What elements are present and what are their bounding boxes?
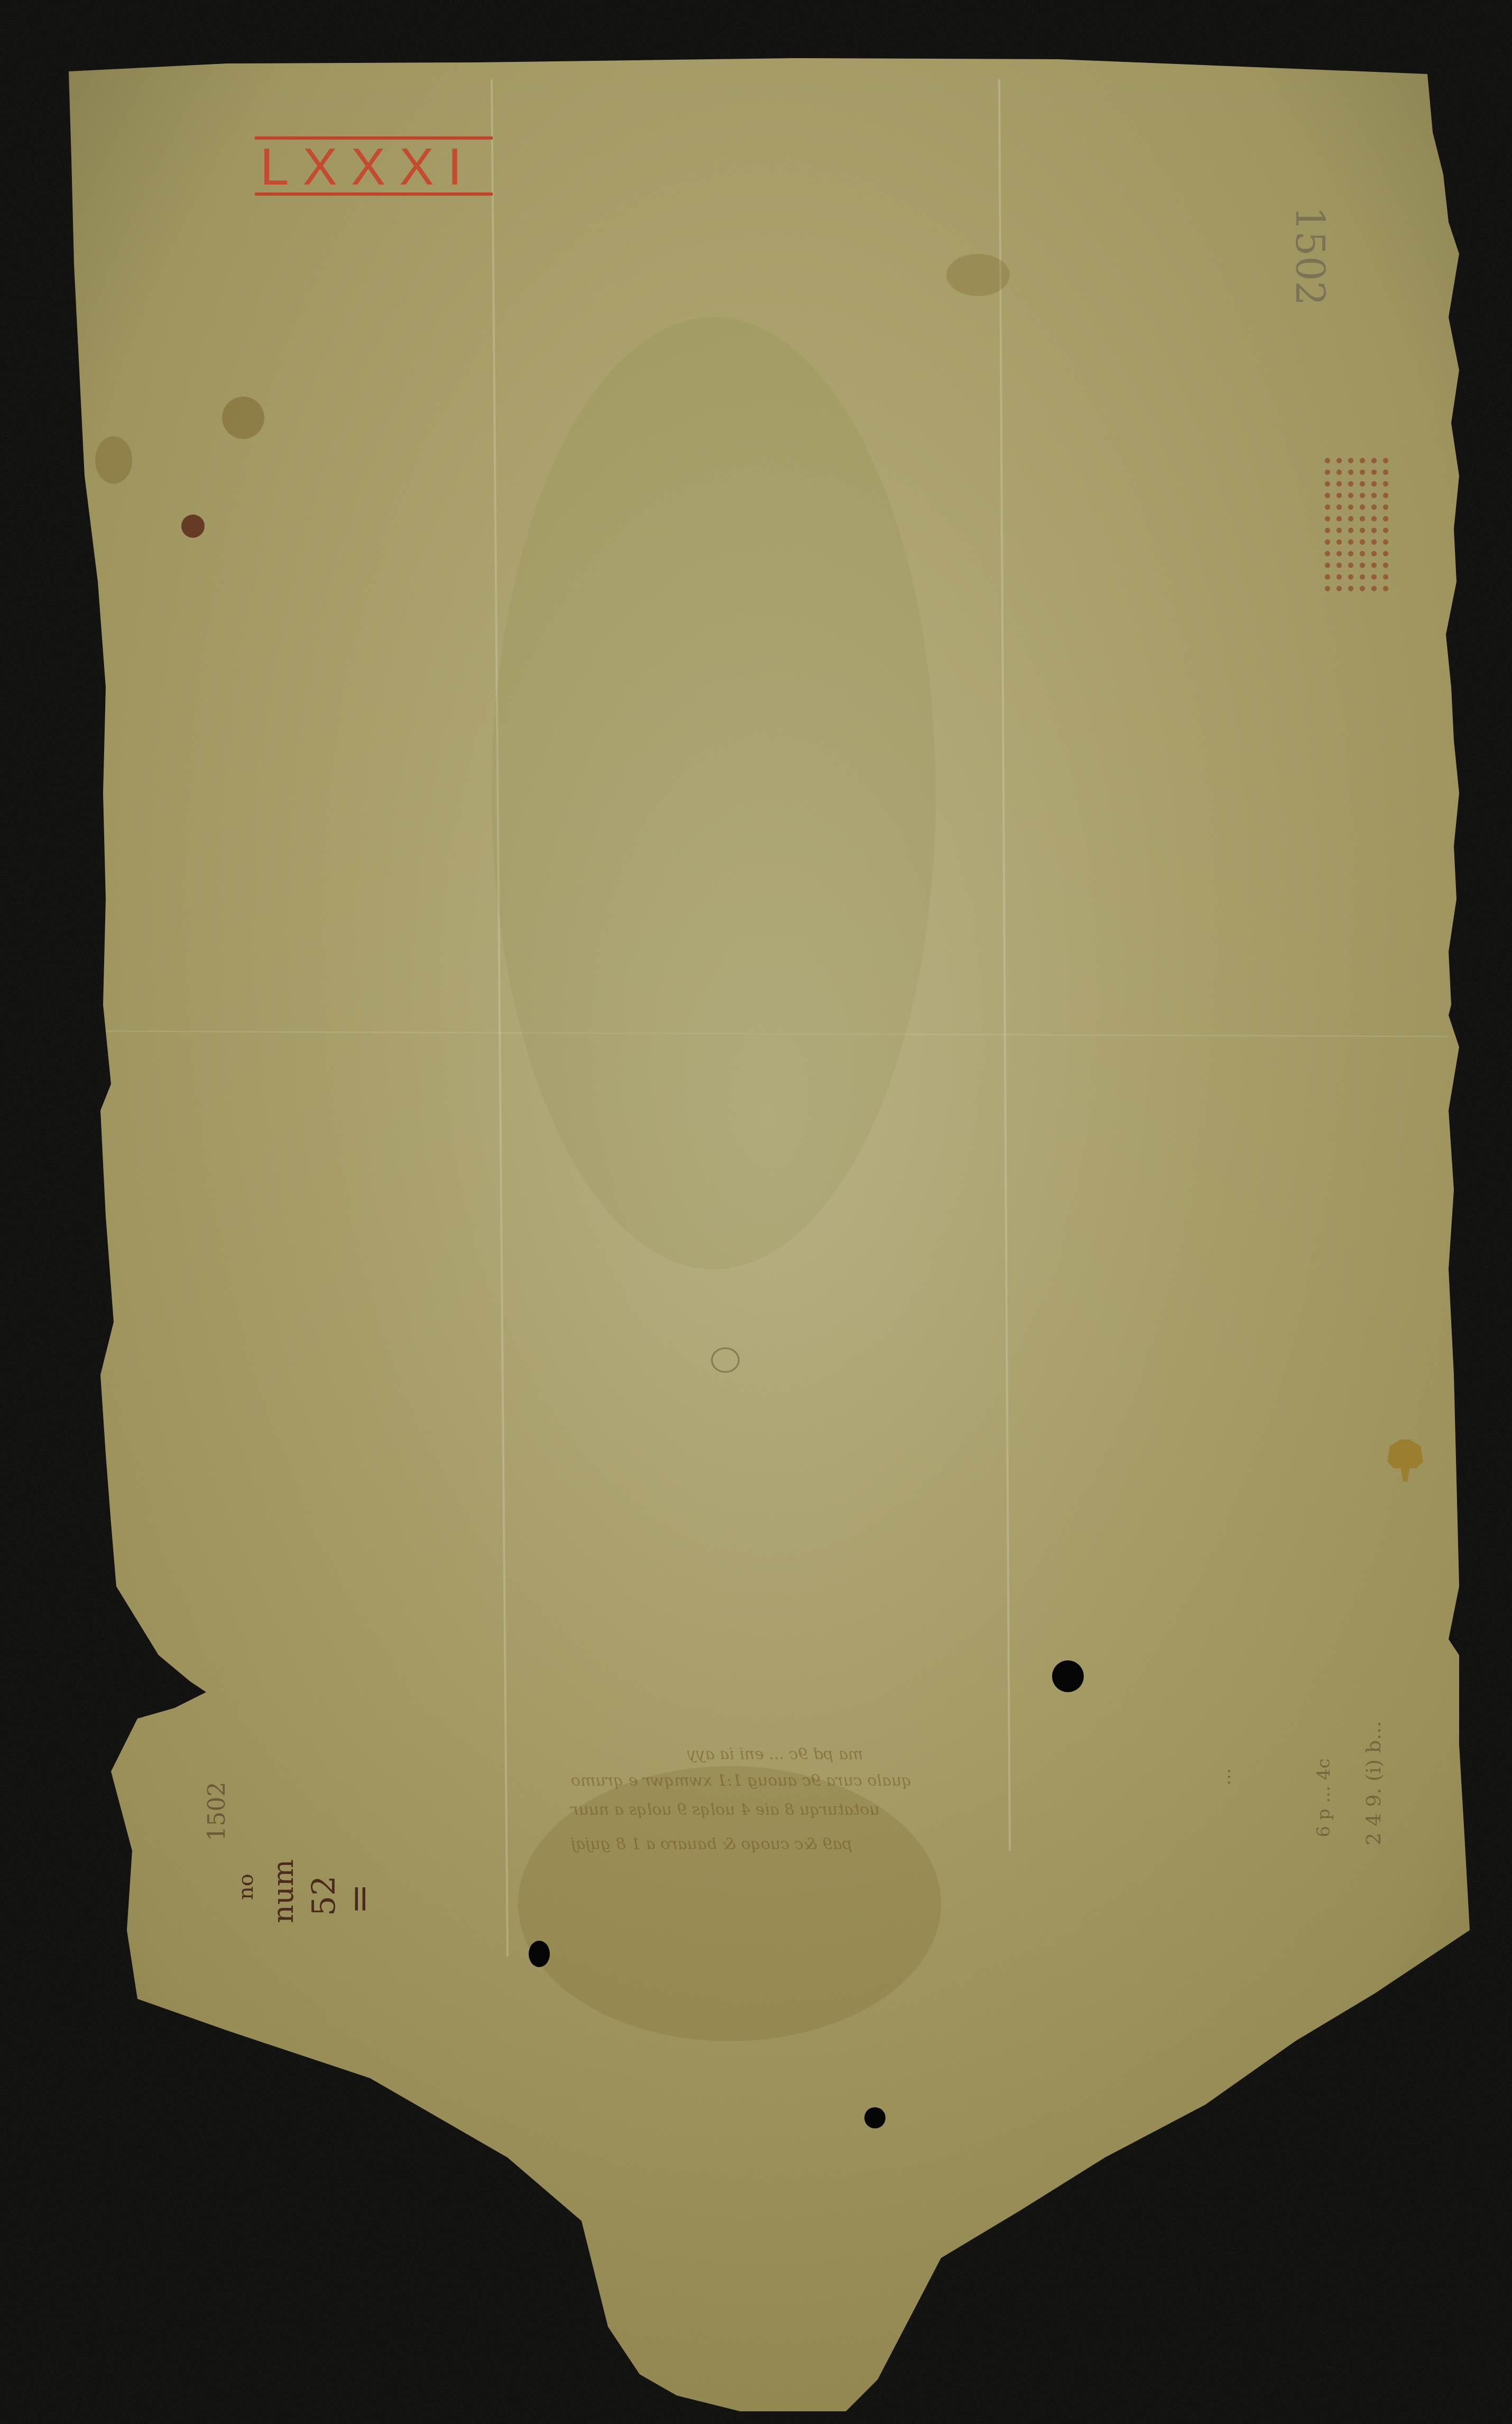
annotation-num: num [266,1859,300,1923]
bleed-through-line: qualo cura 9c auoug 1:1 xwmqwr e qrumo [571,1771,912,1790]
document-scan: LXXXI 1502 1502 no num 52 = ma pd 9c ...… [0,0,1512,2424]
annotation-mark: = [337,1884,381,1915]
annotation-no: no [234,1874,258,1900]
parchment-sheet [0,0,1512,2424]
dorsal-note-line: ... [1214,1768,1235,1785]
parchment-hole [1052,1660,1084,1692]
annotation-year: 1502 [204,1782,231,1841]
bleed-through-line: ma pd 9c ... eni ia ayy [687,1745,863,1764]
dorsal-note-line: 2 4 9. (i) b... [1362,1721,1385,1845]
faded-red-stamp [1322,455,1390,598]
bleed-through-line: pa9 &c cuoqo & bauaro a 1 8 gujaj [571,1835,852,1853]
pencil-year-note: 1502 [1290,206,1332,323]
circle-mark [711,1347,740,1373]
shelfmark-label: LXXXI [260,139,493,195]
parchment-hole [529,1941,550,1967]
parchment-hole [864,2107,886,2128]
dorsal-note-line: 6 p ... 4c [1313,1759,1334,1838]
bleed-through-line: uotaturqu 8 aie 4 uolqs 9 uolqs a nuur [571,1801,880,1819]
